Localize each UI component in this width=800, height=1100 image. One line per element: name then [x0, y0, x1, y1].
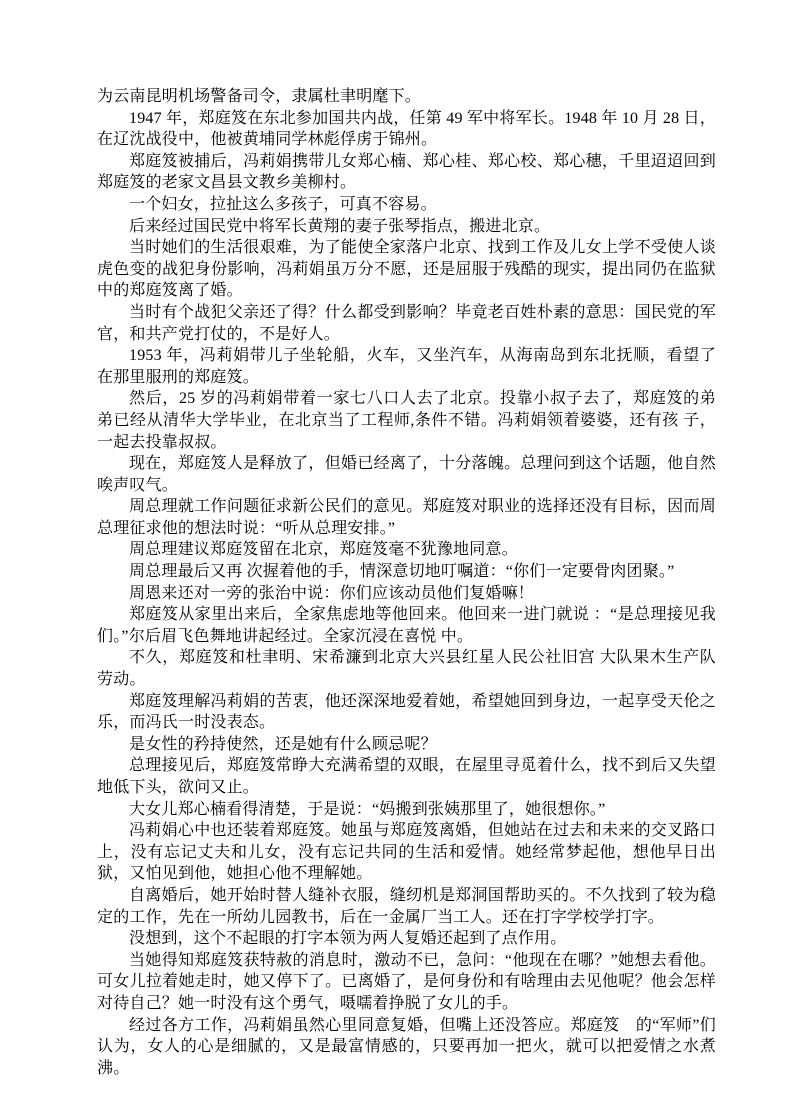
paragraph: 现在，郑庭笈人是释放了，但婚已经离了，十分落魄。总理问到这个话题，他自然唉声叹气…	[97, 453, 716, 496]
paragraph: 周总理建议郑庭笈留在北京，郑庭笈毫不犹豫地同意。	[97, 539, 716, 561]
paragraph: 为云南昆明机场警备司令，隶属杜聿明麾下。	[97, 86, 716, 108]
document-page: 为云南昆明机场警备司令，隶属杜聿明麾下。1947 年，郑庭笈在东北参加国共内战，…	[0, 0, 800, 1100]
paragraph: 大女儿郑心楠看得清楚，于是说：“妈搬到张姨那里了，她很想你。”	[97, 799, 716, 821]
paragraph: 周总理就工作问题征求新公民们的意见。郑庭笈对职业的选择还没有目标，因而周总理征求…	[97, 496, 716, 539]
paragraph: 然后，25 岁的冯莉娟带着一家七八口人去了北京。投靠小叔子去了，郑庭笈的弟弟已经…	[97, 388, 716, 453]
paragraph: 郑庭笈被捕后，冯莉娟携带儿女郑心楠、郑心桂、郑心校、郑心穗，千里迢迢回到 郑庭笈…	[97, 151, 716, 194]
paragraph: 冯莉娟心中也还装着郑庭笈。她虽与郑庭笈离婚，但她站在过去和未来的交叉路口上，没有…	[97, 820, 716, 885]
document-body: 为云南昆明机场警备司令，隶属杜聿明麾下。1947 年，郑庭笈在东北参加国共内战，…	[97, 86, 716, 1079]
paragraph: 周总理最后又再 次握着他的手，情深意切地叮嘱道：“你们一定要骨肉团聚。”	[97, 561, 716, 583]
paragraph: 1947 年，郑庭笈在东北参加国共内战，任第 49 军中将军长。1948 年 1…	[97, 108, 716, 151]
paragraph: 当时她们的生活很艰难，为了能使全家落户北京、找到工作及儿女上学不受使人谈虎色变的…	[97, 237, 716, 302]
paragraph: 是女性的矜持使然，还是她有什么顾忌呢？	[97, 734, 716, 756]
paragraph: 自离婚后，她开始时替人缝补衣服，缝纫机是郑洞国帮助买的。不久找到了较为稳定的工作…	[97, 885, 716, 928]
paragraph: 经过各方工作，冯莉娟虽然心里同意复婚，但嘴上还没答应。郑庭笈 的“军师”们认为，…	[97, 1015, 716, 1080]
paragraph: 没想到，这个不起眼的打字本领为两人复婚还起到了点作用。	[97, 928, 716, 950]
paragraph: 郑庭笈理解冯莉娟的苦衷，他还深深地爱着她，希望她回到身边，一起享受天伦之乐，而冯…	[97, 691, 716, 734]
paragraph: 周恩来还对一旁的张治中说：你们应该动员他们复婚嘛！	[97, 583, 716, 605]
paragraph: 当时有个战犯父亲还了得？什么都受到影响？毕竟老百姓朴素的意思：国民党的军官，和共…	[97, 302, 716, 345]
paragraph: 郑庭笈从家里出来后，全家焦虑地等他回来。他回来一进门就说 ：“是总理接见我们。”…	[97, 604, 716, 647]
paragraph: 一个妇女，拉扯这么多孩子，可真不容易。	[97, 194, 716, 216]
paragraph: 后来经过国民党中将军长黄翔的妻子张琴指点，搬进北京。	[97, 216, 716, 238]
paragraph: 总理接见后，郑庭笈常睁大充满希望的双眼，在屋里寻觅着什么，找不到后又失望地低下头…	[97, 755, 716, 798]
paragraph: 不久，郑庭笈和杜聿明、宋希濂到北京大兴县红星人民公社旧宫 大队果木生产队劳动。	[97, 647, 716, 690]
paragraph: 1953 年，冯莉娟带儿子坐轮船，火车，又坐汽车，从海南岛到东北抚顺，看望了在那…	[97, 345, 716, 388]
paragraph: 当她得知郑庭笈获特赦的消息时，激动不已，急问：“他现在在哪？”她想去看他。可女儿…	[97, 950, 716, 1015]
